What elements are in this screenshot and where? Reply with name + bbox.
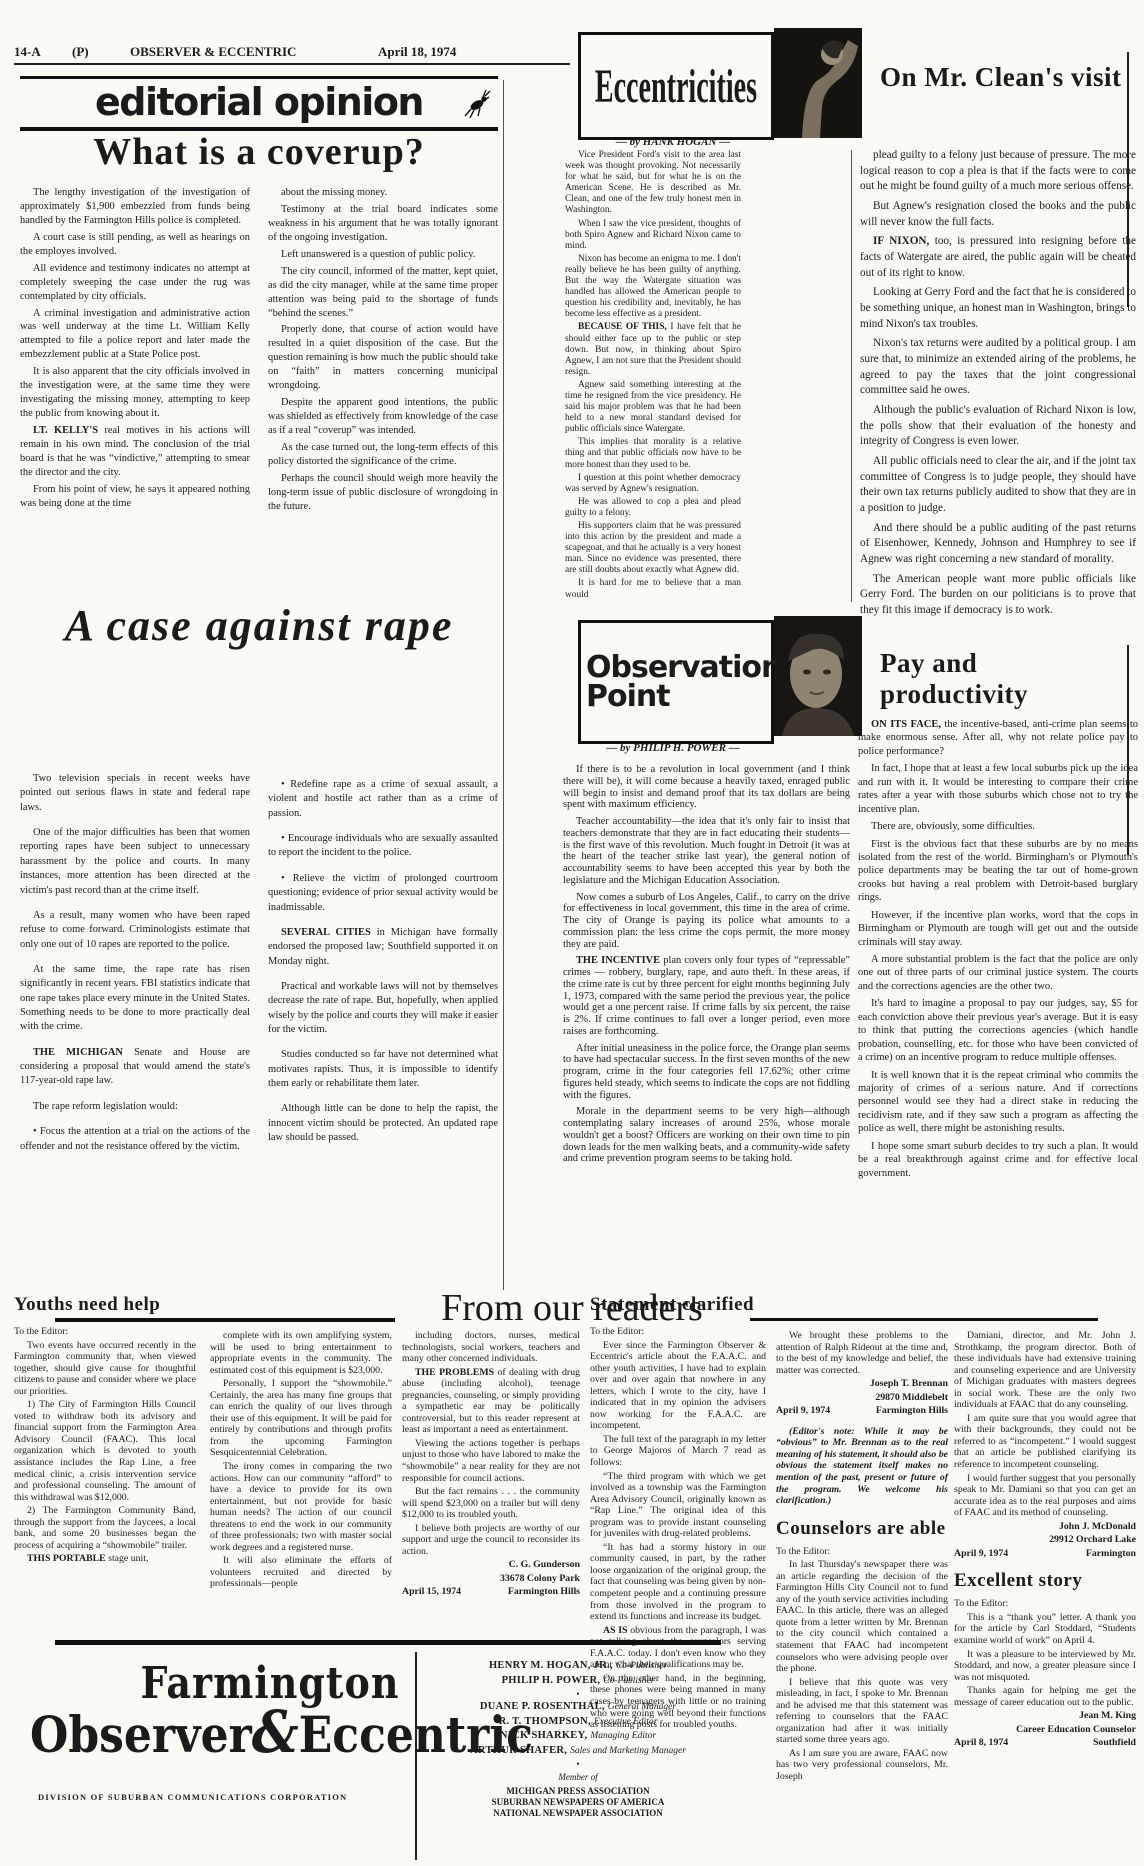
paragraph: Two television specials in recent weeks …: [20, 772, 250, 815]
paragraph: ON ITS FACE, the incentive-based, anti-c…: [858, 718, 1138, 758]
sigrow-line: April 8, 1974Southfield: [954, 1737, 1136, 1749]
salut-line: To the Editor:: [954, 1598, 1136, 1610]
heading-line: Counselors are able: [776, 1519, 948, 1539]
paragraph: I believe both projects are worthy of ou…: [402, 1523, 580, 1558]
sigrow-line: April 9, 1974Farmington: [954, 1548, 1136, 1560]
paragraph: Viewing the actions together is perhaps …: [402, 1438, 580, 1484]
paragraph: Nixon's tax returns were audited by a po…: [860, 336, 1136, 399]
paragraph: ARTHUR SHAFER, Sales and Marketing Manag…: [428, 1745, 728, 1756]
paragraph: 1) The City of Farmington Hills Council …: [14, 1399, 196, 1503]
paragraph: The full text of the paragraph in my let…: [590, 1434, 766, 1469]
assoc-line: NATIONAL NEWSPAPER ASSOCIATION: [428, 1808, 728, 1818]
observation-point-logo-box: Observation Point: [578, 620, 774, 744]
paragraph: A more substantial problem is the fact t…: [858, 953, 1138, 993]
masthead-ampersand: &: [252, 1698, 299, 1766]
paragraph: “It has had a stormy history in our comm…: [590, 1542, 766, 1623]
paragraph: It's hard to imagine a proposal to pay o…: [858, 997, 1138, 1064]
sig-line: Career Education Counselor: [954, 1724, 1136, 1736]
paragraph: The irony comes in comparing the two act…: [210, 1461, 392, 1553]
letters-column-6: Damiani, director, and Mr. John J. Strot…: [954, 1330, 1136, 1751]
paragraph: THIS PORTABLE stage unit,: [14, 1553, 196, 1565]
observation-point-byline: by PHILIP H. POWER: [578, 742, 768, 754]
rape-column-2: • Redefine rape as a crime of sexual ass…: [268, 778, 498, 1157]
paragraph: Left unanswered is a question of public …: [268, 248, 498, 262]
pay-headline: Pay and productivity: [880, 648, 1132, 710]
paragraph: Vice President Ford's visit to the area …: [565, 150, 741, 217]
readers-rule-left: [55, 1318, 395, 1322]
paragraph: SEVERAL CITIES in Michigan have formally…: [268, 926, 498, 969]
paragraph: plead guilty to a felony just because of…: [860, 148, 1136, 195]
paragraph: It was a pleasure to be interviewed by M…: [954, 1649, 1136, 1684]
mr-clean-column: plead guilty to a felony just because of…: [860, 148, 1136, 623]
paragraph: His supporters claim that he was pressur…: [565, 521, 741, 576]
paragraph: I would further suggest that you persona…: [954, 1473, 1136, 1519]
observation-point-logo-line1: Observation: [586, 653, 776, 682]
paragraph: In fact, I hope that at least a few loca…: [858, 762, 1138, 816]
paragraph: Damiani, director, and Mr. John J. Strot…: [954, 1330, 1136, 1411]
paragraph: HENRY M. HOGAN, JR., Co-Publisher: [428, 1660, 728, 1671]
insect-icon: [462, 89, 496, 124]
paragraph: NICK SHARKEY, Managing Editor: [428, 1730, 728, 1741]
assoc-line: SUBURBAN NEWSPAPERS OF AMERICA: [428, 1797, 728, 1807]
eccentricities-column: Vice President Ford's visit to the area …: [565, 150, 741, 603]
sig-line: 29870 Middlebelt: [776, 1392, 948, 1404]
paragraph: The lengthy investigation of the investi…: [20, 186, 250, 228]
paragraph: complete with its own amplifying system,…: [210, 1330, 392, 1376]
paragraph: I believe that this quote was very misle…: [776, 1677, 948, 1746]
paragraph: This implies that morality is a relative…: [565, 437, 741, 470]
paragraph: Although little can be done to help the …: [268, 1102, 498, 1145]
paragraph: Perhaps the council should weigh more he…: [268, 472, 498, 514]
paragraph: As a result, many women who have been ra…: [20, 909, 250, 952]
paragraph: One of the major difficulties has been t…: [20, 826, 250, 898]
paragraph: At the same time, the rape rate has rise…: [20, 963, 250, 1035]
salut-line: To the Editor:: [590, 1326, 766, 1338]
coverup-column-1: The lengthy investigation of the investi…: [20, 186, 250, 514]
paragraph: THE PROBLEMS of dealing with drug abuse …: [402, 1367, 580, 1436]
masthead-observer: Observer: [30, 1707, 252, 1764]
coverup-column-2: about the missing money.Testimony at the…: [268, 186, 498, 517]
paragraph: As I am sure you are aware, FAAC now has…: [776, 1748, 948, 1783]
paragraph: If there is to be a revolution in local …: [563, 764, 850, 811]
paragraph: • Encourage individuals who are sexually…: [268, 832, 498, 861]
paragraph: Testimony at the trial board indicates s…: [268, 203, 498, 245]
paragraph: 2) The Farmington Community Band, throug…: [14, 1505, 196, 1551]
paragraph: But Agnew's resignation closed the books…: [860, 199, 1136, 230]
paragraph: Personally, I support the “showmobile.” …: [210, 1378, 392, 1459]
paragraph: I question at this point whether democra…: [565, 473, 741, 495]
paragraph: A court case is still pending, as well a…: [20, 231, 250, 259]
paragraph: Looking at Gerry Ford and the fact that …: [860, 285, 1136, 332]
letters-column-5: We brought these problems to the attenti…: [776, 1330, 948, 1785]
paragraph: I am quite sure that you would agree tha…: [954, 1413, 1136, 1471]
paragraph: Thanks again for helping me get the mess…: [954, 1685, 1136, 1708]
paragraph: R. T. THOMPSON, Executive Editor: [428, 1716, 728, 1727]
staff-box-rule: [415, 1652, 417, 1860]
mr-clean-headline: On Mr. Clean's visit: [880, 62, 1132, 93]
dot-line: •: [428, 1759, 728, 1769]
member-line: Member of: [428, 1772, 728, 1782]
paragraph: There are, obviously, some difficulties.: [858, 820, 1138, 833]
eccentricities-logo-box: Eccentricities: [578, 32, 774, 140]
sig-line: C. G. Gunderson: [402, 1559, 580, 1571]
paragraph: However, if the incentive plan works, wo…: [858, 909, 1138, 949]
eccentricities-byline: by HANK HOGAN: [578, 136, 768, 148]
paragraph: And there should be a public auditing of…: [860, 521, 1136, 568]
letters-column-2: complete with its own amplifying system,…: [210, 1330, 392, 1592]
dot-line: •: [428, 1689, 728, 1699]
paragraph: It is also apparent that the city offici…: [20, 365, 250, 421]
issue-date: April 18, 1974: [378, 44, 456, 60]
observation-point-logo-line2: Point: [586, 682, 776, 711]
paragraph: “The third program with which we get inv…: [590, 1471, 766, 1540]
letter-heading-youths: Youths need help: [14, 1294, 160, 1316]
paragraph: Morale in the department seems to be ver…: [563, 1106, 850, 1165]
masthead-rule: [55, 1640, 721, 1645]
paragraph: From his point of view, he says it appea…: [20, 483, 250, 511]
paragraph: IF NIXON, too, is pressured into resigni…: [860, 234, 1136, 281]
paragraph: Two events have occurred recently in the…: [14, 1340, 196, 1398]
paragraph: DUANE P. ROSENTHAL, General Manager: [428, 1701, 728, 1712]
edition-mark: (P): [72, 44, 130, 60]
paragraph: It will also eliminate the efforts of vo…: [210, 1555, 392, 1590]
paragraph: After initial uneasiness in the police f…: [563, 1043, 850, 1102]
column-rule-left: [503, 80, 504, 1290]
paragraph: The rape reform legislation would:: [20, 1100, 250, 1114]
paragraph: THE INCENTIVE plan covers only four type…: [563, 955, 850, 1037]
paragraph: Teacher accountability—the idea that it'…: [563, 816, 850, 887]
paragraph: The city council, informed of the matter…: [268, 265, 498, 321]
sigrow-line: April 9, 1974Farmington Hills: [776, 1405, 948, 1417]
paragraph: First is the obvious fact that these sub…: [858, 838, 1138, 905]
paragraph: This is a “thank you” letter. A thank yo…: [954, 1612, 1136, 1647]
section-title: editorial opinion: [95, 80, 423, 124]
paragraph: Agnew said something interesting at the …: [565, 380, 741, 435]
sig-line: 29912 Orchard Lake: [954, 1534, 1136, 1546]
paragraph: It is well known that it is the repeat c…: [858, 1069, 1138, 1136]
eccentricities-logo: Eccentricities: [595, 58, 757, 113]
newspaper-page: 14-A (P) OBSERVER & ECCENTRIC April 18, …: [0, 0, 1144, 1866]
note-line: (Editor's note: While it may be “obvious…: [776, 1426, 948, 1507]
paragraph: A criminal investigation and administrat…: [20, 307, 250, 363]
section-banner: editorial opinion: [20, 76, 498, 131]
paragraph: But the fact remains . . . the community…: [402, 1486, 580, 1521]
observation-point-column: If there is to be a revolution in local …: [563, 764, 850, 1170]
paragraph: Ever since the Farmington Observer & Ecc…: [590, 1340, 766, 1432]
page-number: 14-A: [14, 44, 72, 60]
paragraph: Nixon has become an enigma to me. I don'…: [565, 254, 741, 321]
paragraph: Studies conducted so far have not determ…: [268, 1048, 498, 1091]
readers-rule-right: [750, 1318, 1098, 1321]
hank-hogan-photo: [774, 28, 862, 138]
paragraph: PHILIP H. POWER, Co-Publisher: [428, 1675, 728, 1686]
paragraph: • Focus the attention at a trial on the …: [20, 1125, 250, 1154]
sig-line: Joseph T. Brennan: [776, 1378, 948, 1390]
paragraph: Properly done, that course of action wou…: [268, 323, 498, 393]
paragraph: We brought these problems to the attenti…: [776, 1330, 948, 1376]
paragraph: All evidence and testimony indicates no …: [20, 262, 250, 304]
paragraph: The American people want more public off…: [860, 572, 1136, 619]
sig-line: John J. McDonald: [954, 1521, 1136, 1533]
paragraph: about the missing money.: [268, 186, 498, 200]
paper-name: OBSERVER & ECCENTRIC: [130, 44, 378, 60]
paragraph: I hope some smart suburb decides to try …: [858, 1140, 1138, 1180]
paragraph: Despite the apparent good intentions, th…: [268, 396, 498, 438]
sig-line: Jean M. King: [954, 1710, 1136, 1722]
pay-column: ON ITS FACE, the incentive-based, anti-c…: [858, 718, 1138, 1184]
paragraph: including doctors, nurses, medical techn…: [402, 1330, 580, 1365]
paragraph: LT. KELLY'S real motives in his actions …: [20, 424, 250, 480]
paragraph: In last Thursday's newspaper there was a…: [776, 1559, 948, 1674]
sig-line: 33678 Colony Park: [402, 1573, 580, 1585]
paragraph: As the case turned out, the long-term ef…: [268, 441, 498, 469]
letters-column-1: To the Editor:Two events have occurred r…: [14, 1326, 196, 1567]
salut-line: To the Editor:: [14, 1326, 196, 1338]
paragraph: • Relieve the victim of prolonged courtr…: [268, 872, 498, 915]
paragraph: BECAUSE OF THIS, I have felt that he sho…: [565, 322, 741, 377]
philip-power-photo: [774, 616, 862, 736]
paragraph: Practical and workable laws will not by …: [268, 980, 498, 1037]
coverup-headline: What is a coverup?: [20, 130, 498, 174]
paragraph: Now comes a suburb of Los Angeles, Calif…: [563, 892, 850, 951]
rape-headline: A case against rape: [20, 600, 498, 651]
paragraph: When I saw the vice president, thoughts …: [565, 219, 741, 252]
salut-line: To the Editor:: [776, 1546, 948, 1558]
paragraph: • Redefine rape as a crime of sexual ass…: [268, 778, 498, 821]
assoc-line: MICHIGAN PRESS ASSOCIATION: [428, 1786, 728, 1796]
paragraph: Although the public's evaluation of Rich…: [860, 403, 1136, 450]
page-header: 14-A (P) OBSERVER & ECCENTRIC April 18, …: [14, 44, 570, 65]
heading-line: Excellent story: [954, 1571, 1136, 1591]
column-rule-center-top: [851, 150, 852, 602]
rape-column-1: Two television specials in recent weeks …: [20, 772, 250, 1165]
staff-list: HENRY M. HOGAN, JR., Co-PublisherPHILIP …: [428, 1660, 728, 1819]
sigrow-line: April 15, 1974Farmington Hills: [402, 1586, 580, 1598]
letter-heading-statement: Statement clarified: [590, 1294, 754, 1316]
observation-point-logo: Observation Point: [576, 653, 776, 712]
letters-column-3: including doctors, nurses, medical techn…: [402, 1330, 580, 1600]
paragraph: THE MICHIGAN Senate and House are consid…: [20, 1046, 250, 1089]
masthead-division: DIVISION OF SUBURBAN COMMUNICATIONS CORP…: [38, 1792, 478, 1802]
paragraph: He was allowed to cop a plea and plead g…: [565, 497, 741, 519]
paragraph: It is hard for me to believe that a man …: [565, 578, 741, 600]
paragraph: All public officials need to clear the a…: [860, 454, 1136, 517]
